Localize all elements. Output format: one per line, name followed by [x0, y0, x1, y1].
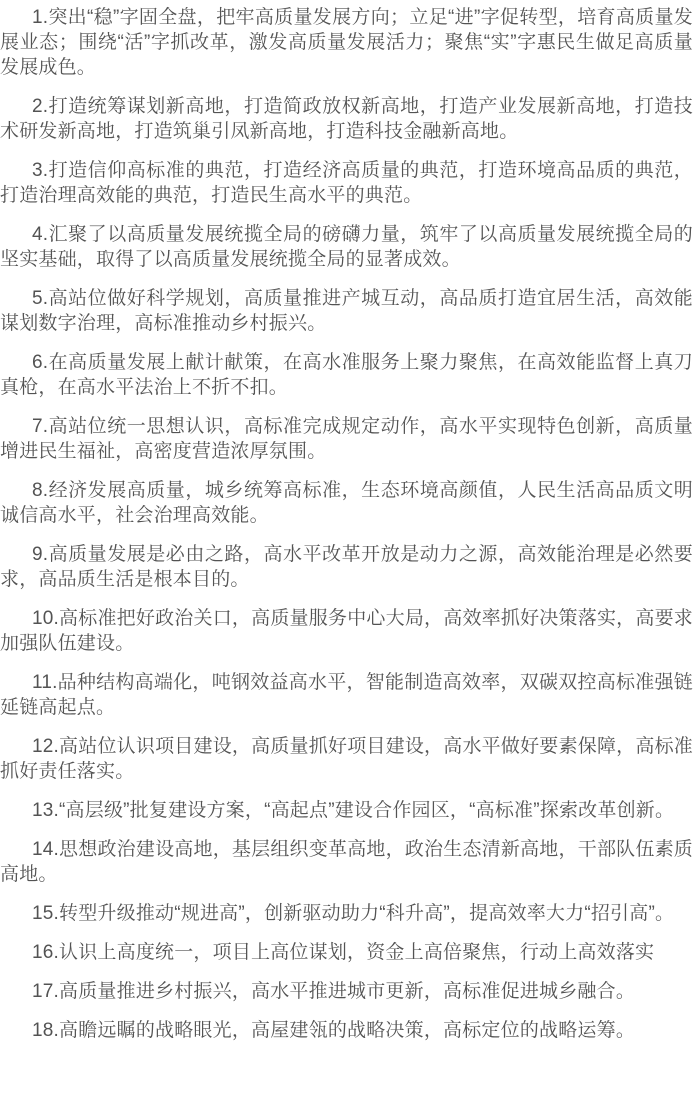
list-item-4: 4.汇聚了以高质量发展统揽全局的磅礴力量，筑牢了以高质量发展统揽全局的坚实基础，…	[0, 222, 693, 272]
article-body: 1.突出“稳”字固全盘，把牢高质量发展方向；立足“进”字促转型，培育高质量发展业…	[0, 0, 693, 1043]
list-item-9: 9.高质量发展是必由之路，高水平改革开放是动力之源，高效能治理是必然要求，高品质…	[0, 542, 693, 592]
list-item-17: 17.高质量推进乡村振兴，高水平推进城市更新，高标准促进城乡融合。	[0, 979, 693, 1004]
list-item-5: 5.高站位做好科学规划，高质量推进产城互动，高品质打造宜居生活，高效能谋划数字治…	[0, 286, 693, 336]
list-item-18: 18.高瞻远瞩的战略眼光，高屋建瓴的战略决策，高标定位的战略运筹。	[0, 1018, 693, 1043]
list-item-8: 8.经济发展高质量，城乡统筹高标准，生态环境高颜值，人民生活高品质文明诚信高水平…	[0, 478, 693, 528]
list-item-14: 14.思想政治建设高地，基层组织变革高地，政治生态清新高地，干部队伍素质高地。	[0, 837, 693, 887]
list-item-6: 6.在高质量发展上献计献策，在高水准服务上聚力聚焦，在高效能监督上真刀真枪，在高…	[0, 350, 693, 400]
list-item-16: 16.认识上高度统一，项目上高位谋划，资金上高倍聚焦，行动上高效落实	[0, 940, 693, 965]
list-item-12: 12.高站位认识项目建设，高质量抓好项目建设，高水平做好要素保障，高标准抓好责任…	[0, 734, 693, 784]
list-item-13: 13.“高层级”批复建设方案，“高起点”建设合作园区，“高标准”探索改革创新。	[0, 798, 693, 823]
list-item-3: 3.打造信仰高标准的典范，打造经济高质量的典范，打造环境高品质的典范，打造治理高…	[0, 158, 693, 208]
list-item-1: 1.突出“稳”字固全盘，把牢高质量发展方向；立足“进”字促转型，培育高质量发展业…	[0, 5, 693, 80]
list-item-15: 15.转型升级推动“规进高”，创新驱动助力“科升高”，提高效率大力“招引高”。	[0, 901, 693, 926]
list-item-10: 10.高标准把好政治关口，高质量服务中心大局，高效率抓好决策落实，高要求加强队伍…	[0, 606, 693, 656]
list-item-2: 2.打造统筹谋划新高地，打造简政放权新高地，打造产业发展新高地，打造技术研发新高…	[0, 94, 693, 144]
list-item-7: 7.高站位统一思想认识，高标准完成规定动作，高水平实现特色创新，高质量增进民生福…	[0, 414, 693, 464]
list-item-11: 11.品种结构高端化，吨钢效益高水平，智能制造高效率，双碳双控高标准强链延链高起…	[0, 670, 693, 720]
